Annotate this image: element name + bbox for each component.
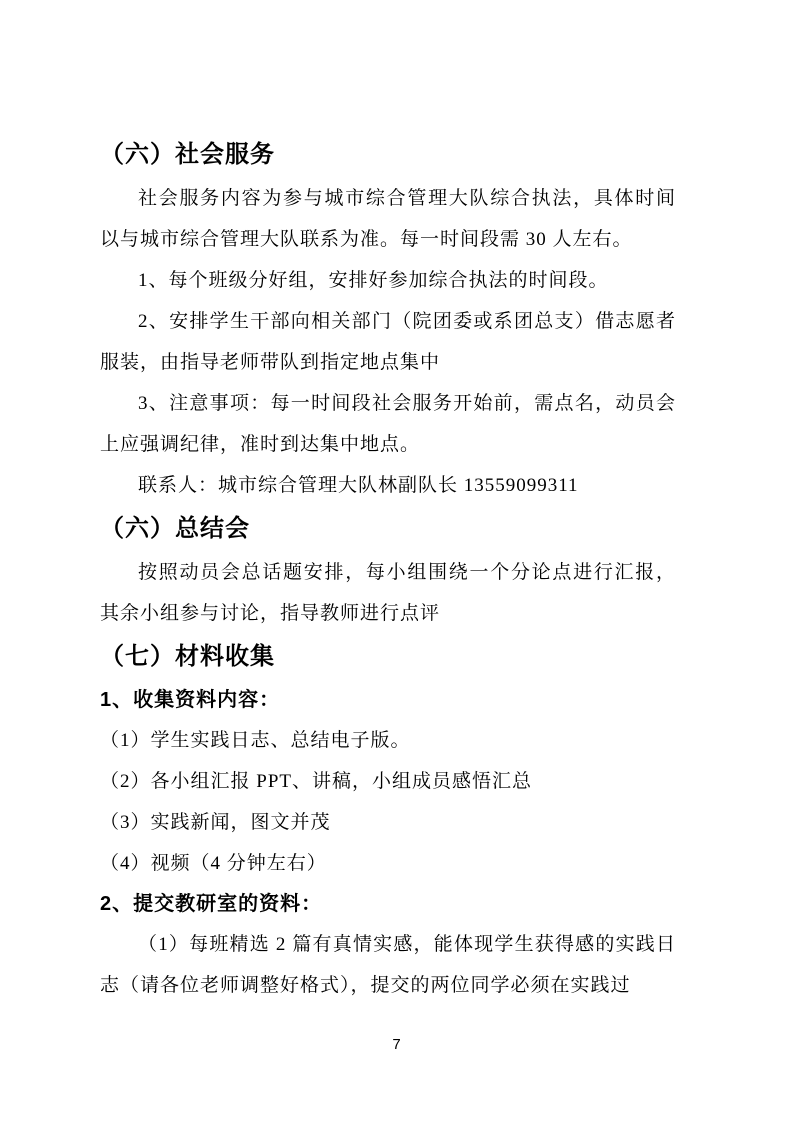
paragraph-social-service-intro: 社会服务内容为参与城市综合管理大队综合执法，具体时间以与城市综合管理大队联系为准…	[100, 178, 676, 260]
page-number: 7	[0, 1036, 793, 1053]
sub-heading-collected-materials: 1、收集资料内容：	[100, 680, 676, 720]
paragraph-social-service-item-3: 3、注意事项：每一时间段社会服务开始前，需点名，动员会上应强调纪律，准时到达集中…	[100, 383, 676, 465]
list-item-material-3: （3）实践新闻，图文并茂	[100, 802, 676, 843]
list-item-material-1: （1）学生实践日志、总结电子版。	[100, 720, 676, 761]
paragraph-submit-item-1: （1）每班精选 2 篇有真情实感，能体现学生获得感的实践日志（请各位老师调整好格…	[100, 924, 676, 1006]
paragraph-social-service-item-2: 2、安排学生干部向相关部门（院团委或系团总支）借志愿者服装，由指导老师带队到指定…	[100, 301, 676, 383]
document-page: （六）社会服务 社会服务内容为参与城市综合管理大队综合执法，具体时间以与城市综合…	[0, 0, 793, 1122]
paragraph-social-service-item-1: 1、每个班级分好组，安排好参加综合执法的时间段。	[100, 260, 676, 301]
section-heading-social-service: （六）社会服务	[100, 132, 676, 178]
sub-heading-submit-materials: 2、提交教研室的资料：	[100, 884, 676, 924]
section-heading-summary-meeting: （六）总结会	[100, 506, 676, 552]
list-item-material-4: （4）视频（4 分钟左右）	[100, 843, 676, 884]
paragraph-contact-person: 联系人：城市综合管理大队林副队长 13559099311	[100, 465, 676, 506]
section-heading-material-collection: （七）材料收集	[100, 634, 676, 680]
list-item-material-2: （2）各小组汇报 PPT、讲稿，小组成员感悟汇总	[100, 761, 676, 802]
paragraph-summary-meeting: 按照动员会总话题安排，每小组围绕一个分论点进行汇报，其余小组参与讨论，指导教师进…	[100, 552, 676, 634]
document-body: （六）社会服务 社会服务内容为参与城市综合管理大队综合执法，具体时间以与城市综合…	[100, 0, 676, 1006]
